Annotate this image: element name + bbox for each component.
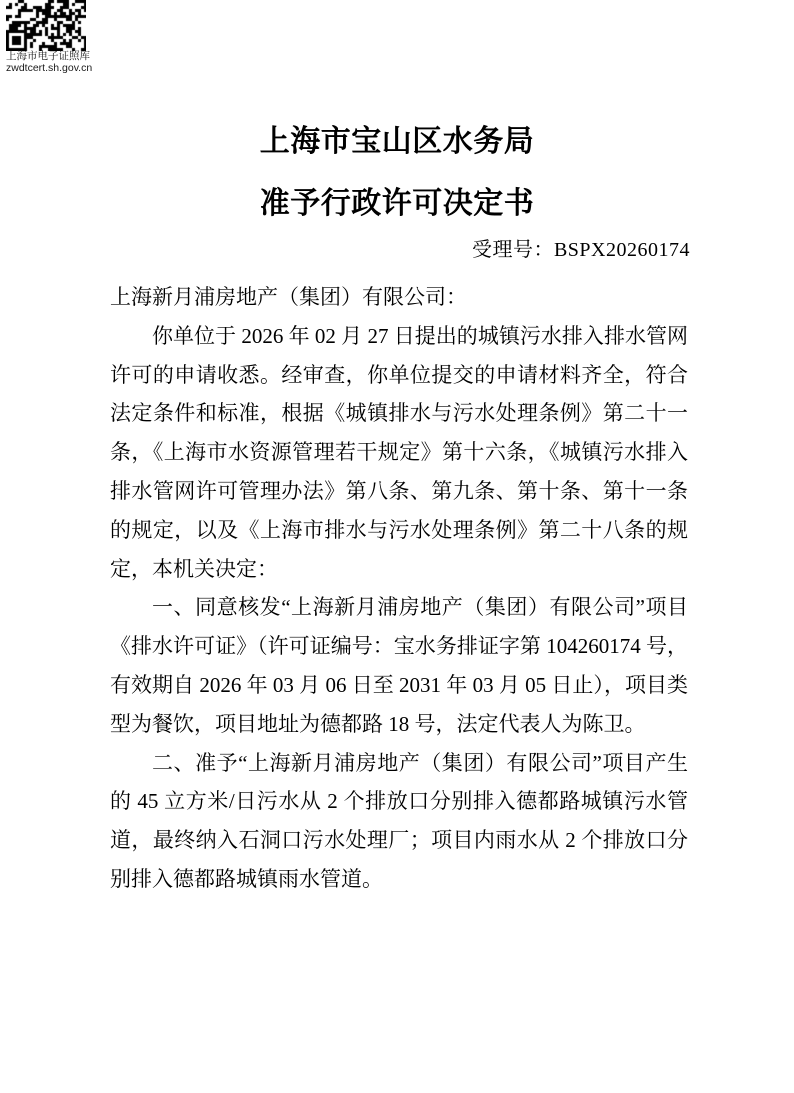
paragraph-2: 一、同意核发“上海新月浦房地产（集团）有限公司”项目《排水许可证》（许可证编号：… xyxy=(110,588,688,743)
document-title-line2: 准予行政许可决定书 xyxy=(0,178,794,222)
qr-block: 上海市电子证照库 zwdtcert.sh.gov.cn xyxy=(6,0,92,74)
qr-caption-line1: 上海市电子证照库 xyxy=(6,51,92,63)
document-title-line1: 上海市宝山区水务局 xyxy=(0,116,794,160)
paragraph-3: 二、准予“上海新月浦房地产（集团）有限公司”项目产生的 45 立方米/日污水从 … xyxy=(110,744,688,899)
paragraph-1: 你单位于 2026 年 02 月 27 日提出的城镇污水排入排水管网许可的申请收… xyxy=(110,317,688,589)
document-body: 上海新月浦房地产（集团）有限公司： 你单位于 2026 年 02 月 27 日提… xyxy=(110,278,688,899)
acceptance-number: 受理号：BSPX20260174 xyxy=(472,233,690,262)
qr-code-icon xyxy=(6,0,86,51)
recipient-line: 上海新月浦房地产（集团）有限公司： xyxy=(110,278,688,317)
document-page: 上海市电子证照库 zwdtcert.sh.gov.cn 上海市宝山区水务局 准予… xyxy=(0,0,794,1093)
qr-caption-line2: zwdtcert.sh.gov.cn xyxy=(6,63,92,75)
